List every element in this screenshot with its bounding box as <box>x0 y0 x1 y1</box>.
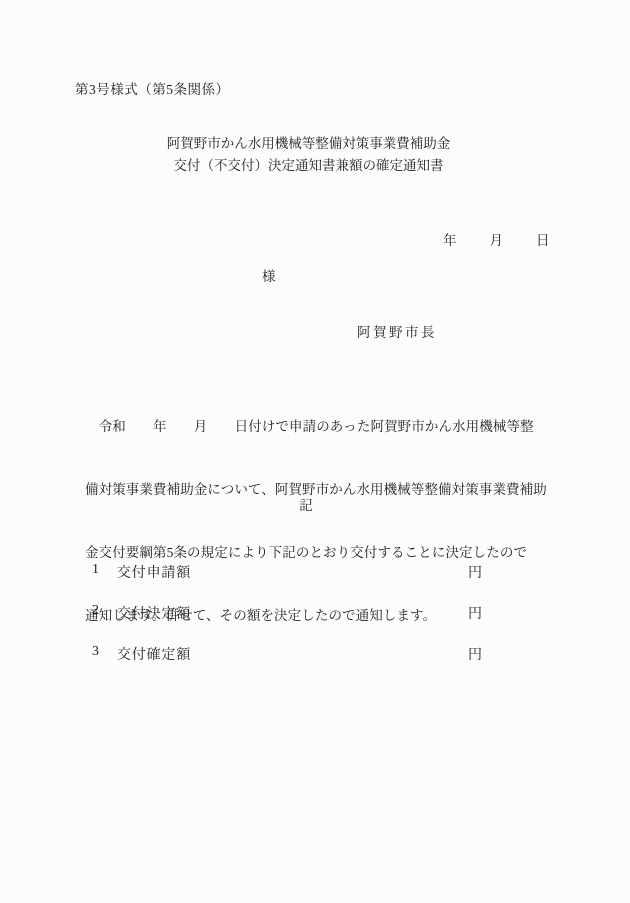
item-label: 交付決定額 <box>117 603 191 623</box>
addressee-honorific: 様 <box>262 265 276 285</box>
record-marker: 記 <box>0 494 612 514</box>
doc-title-line1: 阿賀野市かん水用機械等整備対策事業費補助金 <box>0 133 617 155</box>
item-label: 交付申請額 <box>117 562 191 582</box>
doc-title-line2: 交付（不交付）決定通知書兼額の確定通知書 <box>0 155 617 177</box>
document-page: 第3号様式（第5条関係） 阿賀野市かん水用機械等整備対策事業費補助金 交付（不交… <box>0 0 630 903</box>
date-month-label: 月 <box>490 229 504 249</box>
date-day-label: 日 <box>536 229 550 249</box>
date-year-label: 年 <box>443 229 457 249</box>
body-line: 金交付要綱第5条の規定により下記のとおり交付することに決定したので <box>85 542 547 563</box>
date-line: 年 月 日 <box>443 229 550 249</box>
sender-title: 阿賀野市長 <box>357 321 437 341</box>
item-number: 3 <box>92 644 99 660</box>
item-row: 1 交付申請額 円 <box>0 562 630 582</box>
item-row: 2 交付決定額 円 <box>0 603 630 623</box>
item-unit: 円 <box>468 562 482 582</box>
item-unit: 円 <box>468 644 482 664</box>
body-line: 令和 年 月 日付けで申請のあった阿賀野市かん水用機械等整 <box>85 416 547 437</box>
body-paragraph: 令和 年 月 日付けで申請のあった阿賀野市かん水用機械等整 備対策事業費補助金に… <box>85 374 547 668</box>
item-row: 3 交付確定額 円 <box>0 644 630 664</box>
item-unit: 円 <box>468 603 482 623</box>
item-number: 1 <box>92 562 99 578</box>
form-number: 第3号様式（第5条関係） <box>75 78 230 98</box>
doc-title: 阿賀野市かん水用機械等整備対策事業費補助金 交付（不交付）決定通知書兼額の確定通… <box>0 133 617 177</box>
item-label: 交付確定額 <box>117 644 191 664</box>
item-number: 2 <box>92 603 99 619</box>
